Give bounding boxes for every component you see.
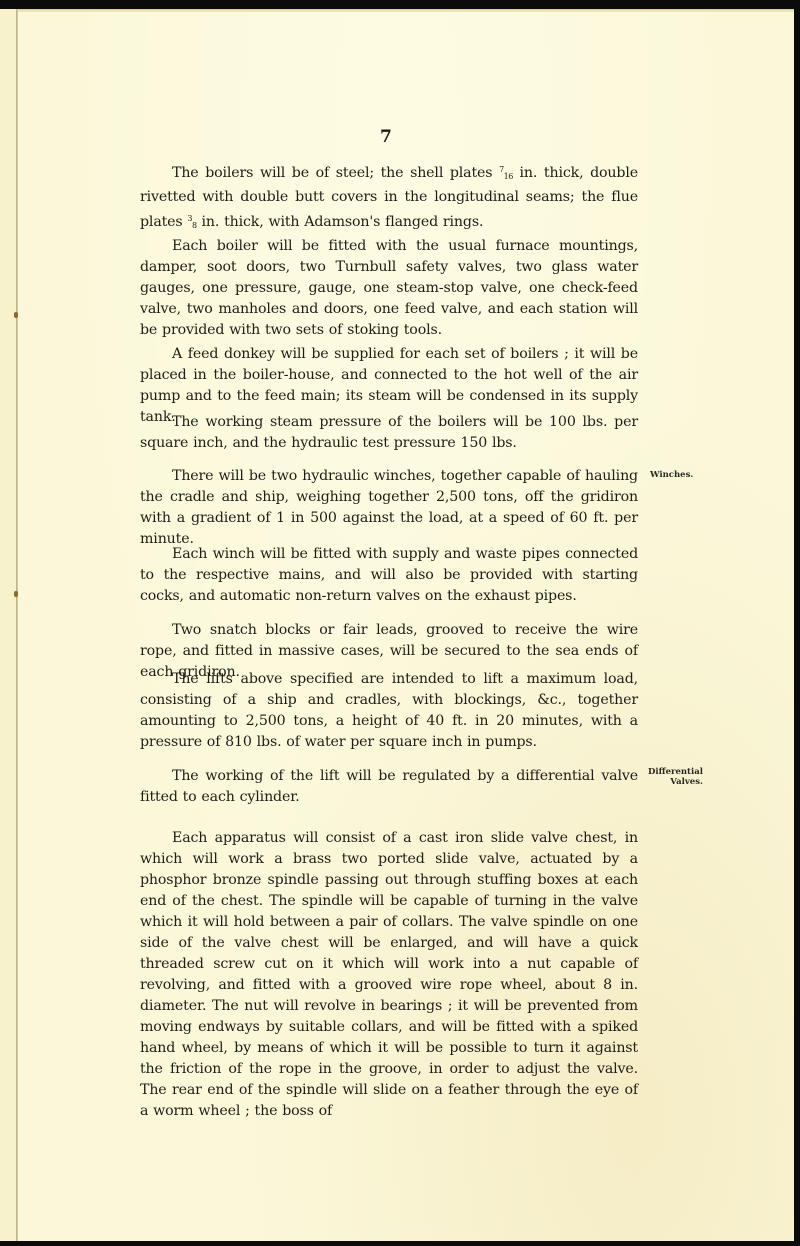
margin-note-winches: Winches. — [650, 470, 693, 480]
paragraph-text: in. thick, with Adamson's flanged rings. — [197, 214, 484, 230]
paragraph-differential-valve: The working of the lift will be regulate… — [140, 766, 638, 808]
margin-note-text: Winches. — [650, 470, 693, 480]
paragraph-winches: There will be two hydraulic winches, tog… — [140, 466, 638, 550]
fraction-denominator: 8 — [192, 221, 197, 230]
scanned-page: 7 The boilers will be of steel; the shel… — [0, 9, 794, 1241]
paragraph-steam-pressure: The working steam pressure of the boiler… — [140, 412, 638, 454]
paragraph-boilers-steel: The boilers will be of steel; the shell … — [140, 159, 638, 236]
margin-note-differential-valves: Differential Valves. — [648, 767, 703, 787]
page-top-edge — [0, 9, 794, 12]
fraction-seven-sixteenths: 716 — [499, 170, 513, 180]
ink-speck — [14, 591, 18, 597]
page-number: 7 — [380, 127, 392, 147]
fold-line — [16, 9, 18, 1241]
paragraph-lifts-load: The lifts above specified are intended t… — [140, 669, 638, 753]
margin-note-text: Differential — [648, 767, 703, 777]
fraction-three-eighths: 38 — [187, 219, 196, 229]
paragraph-apparatus: Each apparatus will consist of a cast ir… — [140, 828, 638, 1122]
paragraph-text: The boilers will be of steel; the shell … — [172, 165, 499, 181]
fraction-denominator: 16 — [504, 172, 513, 181]
paragraph-boiler-fittings: Each boiler will be fitted with the usua… — [140, 236, 638, 341]
ink-speck — [14, 312, 18, 318]
paragraph-winch-pipes: Each winch will be fitted with supply an… — [140, 544, 638, 607]
margin-note-text: Valves. — [648, 777, 703, 787]
binding-margin — [0, 9, 16, 1241]
